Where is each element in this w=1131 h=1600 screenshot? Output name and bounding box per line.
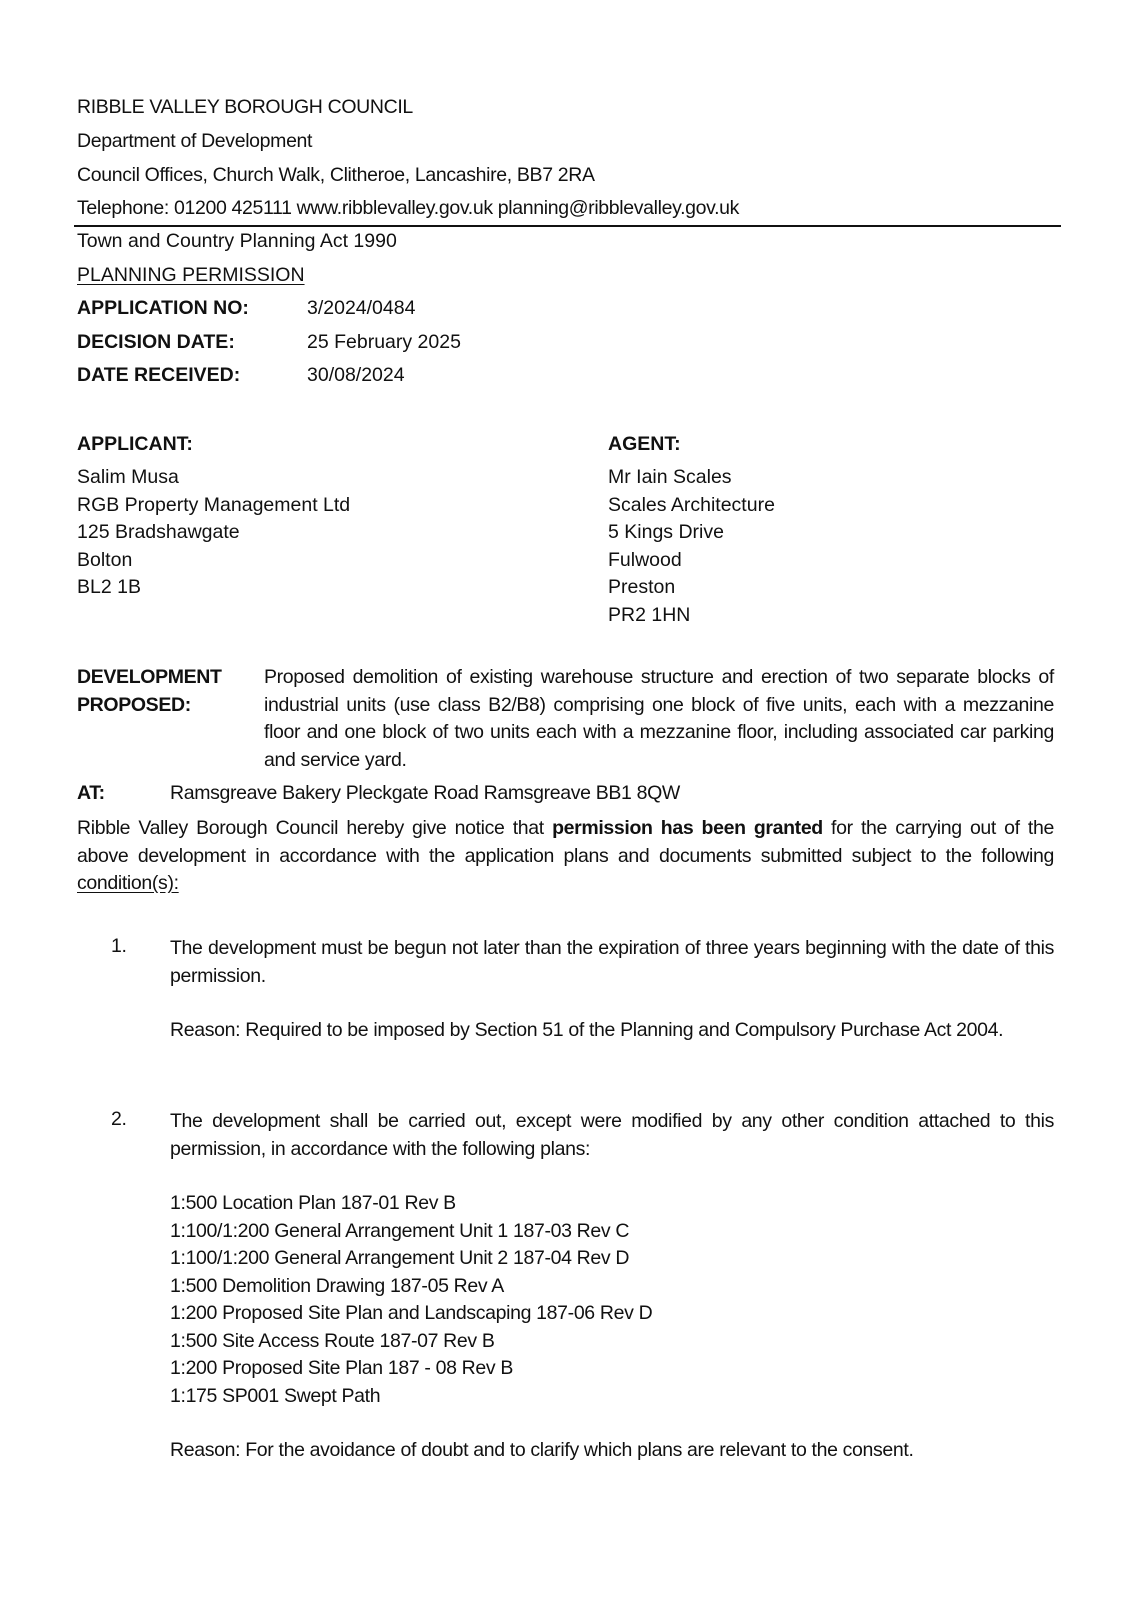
agent-locality: Fulwood <box>608 547 775 575</box>
date-received-value: 30/08/2024 <box>307 364 405 387</box>
plan-item: 1:175 SP001 Swept Path <box>170 1383 652 1411</box>
application-no-label: APPLICATION NO: <box>77 297 249 320</box>
development-proposed-label: DEVELOPMENT PROPOSED: <box>77 664 222 719</box>
agent-town: Preston <box>608 574 775 602</box>
plan-item: 1:200 Proposed Site Plan and Landscaping… <box>170 1300 652 1328</box>
agent-company: Scales Architecture <box>608 492 775 520</box>
application-no-value: 3/2024/0484 <box>307 297 415 320</box>
development-description: Proposed demolition of existing warehous… <box>264 664 1054 774</box>
plan-item: 1:500 Location Plan 187-01 Rev B <box>170 1190 652 1218</box>
plan-item: 1:500 Demolition Drawing 187-05 Rev A <box>170 1273 652 1301</box>
notice-emphasis: permission has been granted <box>552 817 823 839</box>
development-label-line1: DEVELOPMENT <box>77 664 222 692</box>
agent-block: AGENT: Mr Iain Scales Scales Architectur… <box>608 430 775 629</box>
notice-prefix: Ribble Valley Borough Council hereby giv… <box>77 817 552 839</box>
condition-1-reason: Reason: Required to be imposed by Sectio… <box>170 1017 1054 1045</box>
plan-item: 1:500 Site Access Route 187-07 Rev B <box>170 1328 652 1356</box>
decision-date-label: DECISION DATE: <box>77 331 235 354</box>
department-name: Department of Development <box>77 130 312 153</box>
location-value: Ramsgreave Bakery Pleckgate Road Ramsgre… <box>170 782 680 805</box>
council-name: RIBBLE VALLEY BOROUGH COUNCIL <box>77 96 413 119</box>
plan-item: 1:100/1:200 General Arrangement Unit 2 1… <box>170 1245 652 1273</box>
document-type-heading: PLANNING PERMISSION <box>77 264 305 287</box>
condition-2-reason: Reason: For the avoidance of doubt and t… <box>170 1437 1054 1465</box>
applicant-street: 125 Bradshawgate <box>77 519 350 547</box>
applicant-town: Bolton <box>77 547 350 575</box>
council-address: Council Offices, Church Walk, Clitheroe,… <box>77 164 595 187</box>
condition-2-text: The development shall be carried out, ex… <box>170 1108 1054 1163</box>
permission-notice: Ribble Valley Borough Council hereby giv… <box>77 815 1054 898</box>
agent-title: AGENT: <box>608 430 775 464</box>
decision-date-value: 25 February 2025 <box>307 331 461 354</box>
location-label: AT: <box>77 782 105 805</box>
applicant-title: APPLICANT: <box>77 430 350 464</box>
condition-2-number: 2. <box>111 1108 127 1131</box>
agent-street: 5 Kings Drive <box>608 519 775 547</box>
applicant-postcode: BL2 1B <box>77 574 350 602</box>
agent-name: Mr Iain Scales <box>608 464 775 492</box>
header-divider <box>74 225 1061 227</box>
applicant-company: RGB Property Management Ltd <box>77 492 350 520</box>
development-label-line2: PROPOSED: <box>77 692 222 720</box>
agent-postcode: PR2 1HN <box>608 602 775 630</box>
plan-item: 1:200 Proposed Site Plan 187 - 08 Rev B <box>170 1355 652 1383</box>
conditions-reference: condition(s): <box>77 872 179 894</box>
condition-1-number: 1. <box>111 935 127 958</box>
date-received-label: DATE RECEIVED: <box>77 364 240 387</box>
planning-permission-document: RIBBLE VALLEY BOROUGH COUNCIL Department… <box>0 0 1131 1600</box>
act-title: Town and Country Planning Act 1990 <box>77 230 397 253</box>
council-contact: Telephone: 01200 425111 www.ribblevalley… <box>77 197 739 220</box>
plan-item: 1:100/1:200 General Arrangement Unit 1 1… <box>170 1218 652 1246</box>
applicant-name: Salim Musa <box>77 464 350 492</box>
approved-plans-list: 1:500 Location Plan 187-01 Rev B 1:100/1… <box>170 1190 652 1410</box>
applicant-block: APPLICANT: Salim Musa RGB Property Manag… <box>77 430 350 602</box>
condition-1-text: The development must be begun not later … <box>170 935 1054 990</box>
